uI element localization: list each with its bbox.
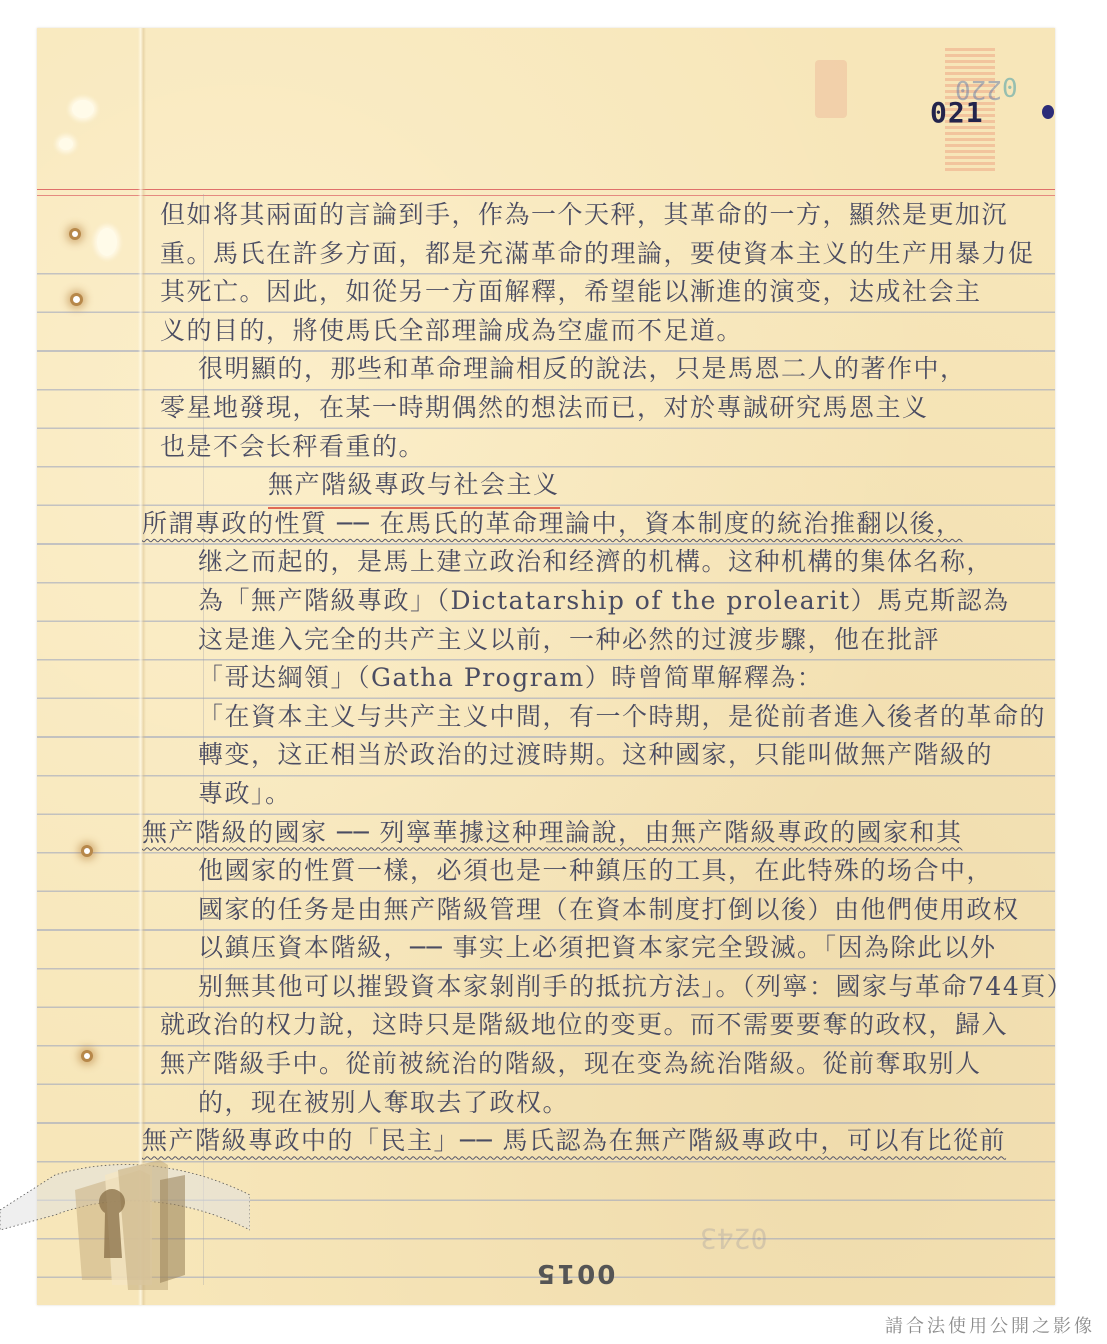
ink-blot: [1042, 105, 1054, 119]
punch-hole-burned: [84, 848, 90, 854]
text-line: 义的目的，將使馬氏全部理論成為空虛而不足道。: [160, 312, 1040, 351]
subheading-text: 無产階級的國家 ── 列寧華據这种理論說，由無产階級專政的國家和其: [142, 818, 963, 847]
subheading-line: 無产階級專政中的「民主」── 馬氏認為在無产階級專政中，可以有比從前: [142, 1122, 1040, 1161]
red-header-rule: [37, 189, 1055, 196]
text-line: 無产階級手中。從前被統治的階級，现在变為統治階級。從前奪取别人: [160, 1045, 1040, 1084]
section-heading: 無产階級專政与社会主义: [268, 466, 560, 509]
page-number-stamp: 0015: [535, 1258, 615, 1288]
subheading-line: 無产階級的國家 ── 列寧華據这种理論說，由無产階級專政的國家和其: [142, 814, 1040, 853]
text-line: 的，现在被别人奪取去了政权。: [160, 1084, 1040, 1123]
subheading-text: 無产階級專政中的「民主」── 馬氏認為在無产階級專政中，可以有比從前: [142, 1126, 1006, 1155]
punch-hole-burned: [72, 231, 78, 237]
text-line: 以鎮压資本階級，── 事实上必須把資本家完全毀滅。「因為除此以外: [160, 929, 1040, 968]
bleed-through-number: 0243: [700, 1222, 767, 1255]
text-line: 重。馬氏在許多方面，都是充滿革命的理論，要使資本主义的生产用暴力促: [160, 235, 1040, 274]
text-line: 為「無产階級專政」（Dictatarship of the prolearit）…: [160, 582, 1040, 621]
archive-usage-caption: 請合法使用公開之影像: [885, 1312, 1095, 1338]
text-line: 其死亡。因此，如從另一方面解釋，希望能以漸進的演变，达成社会主: [160, 273, 1040, 312]
text-line: 「哥达綱領」（Gatha Program）時曾简單解釋為：: [160, 659, 1040, 698]
handwritten-body: 但如将其兩面的言論到手，作為一个天秤，其革命的一方，顯然是更加沉 重。馬氏在許多…: [160, 196, 1040, 1161]
faded-seal-stamp: [815, 60, 847, 118]
text-line: 國家的任务是由無产階級管理（在資本制度打倒以後）由他們使用政权: [160, 891, 1040, 930]
subheading-text: 所謂專政的性質 ── 在馬氏的革命理論中，資本制度的統治推翻以後，: [142, 509, 963, 538]
text-line: 轉变，这正相当於政治的过渡時期。这种國家，只能叫做無产階級的: [160, 736, 1040, 775]
punch-hole-burned: [84, 1053, 90, 1059]
punch-hole-torn: [72, 100, 94, 118]
text-line: 零星地發現，在某一時期偶然的想法而已，对於專誠研究馬恩主义: [160, 389, 1040, 428]
section-heading-line: 無产階級專政与社会主义: [160, 466, 1040, 505]
stamp-number: 021: [930, 96, 984, 129]
text-line: 别無其他可以摧毀資本家剝削手的抵抗方法」。（列寧：國家与革命744頁）: [160, 968, 1040, 1007]
text-line: 他國家的性質一樣，必須也是一种鎮压的工具，在此特殊的场合中，: [160, 852, 1040, 891]
text-line: 但如将其兩面的言論到手，作為一个天秤，其革命的一方，顯然是更加沉: [160, 196, 1040, 235]
text-line: 也是不会长秤看重的。: [160, 428, 1040, 467]
subheading-line: 所謂專政的性質 ── 在馬氏的革命理論中，資本制度的統治推翻以後，: [142, 505, 1040, 544]
archive-book-keyhole-logo: [0, 1155, 250, 1315]
vertical-fold-crease: [138, 28, 146, 1305]
punch-hole-burned: [73, 296, 80, 303]
punch-hole-torn: [97, 228, 117, 256]
text-line: 很明顯的，那些和革命理論相反的說法，只是馬恩二人的著作中，: [160, 350, 1040, 389]
text-line: 继之而起的，是馬上建立政治和经濟的机構。这种机構的集体名称，: [160, 543, 1040, 582]
text-line: 「在資本主义与共产主义中間，有一个時期，是從前者進入後者的革命的: [160, 698, 1040, 737]
text-line: 專政」。: [160, 775, 1040, 814]
punch-hole-torn: [59, 138, 73, 150]
text-line: 就政治的权力說，这時只是階級地位的变更。而不需要要奪的政权，歸入: [160, 1006, 1040, 1045]
ghost-stamp-zero: 0: [1002, 74, 1018, 104]
text-line: 这是進入完全的共产主义以前，一种必然的过渡步驟，他在批評: [160, 621, 1040, 660]
